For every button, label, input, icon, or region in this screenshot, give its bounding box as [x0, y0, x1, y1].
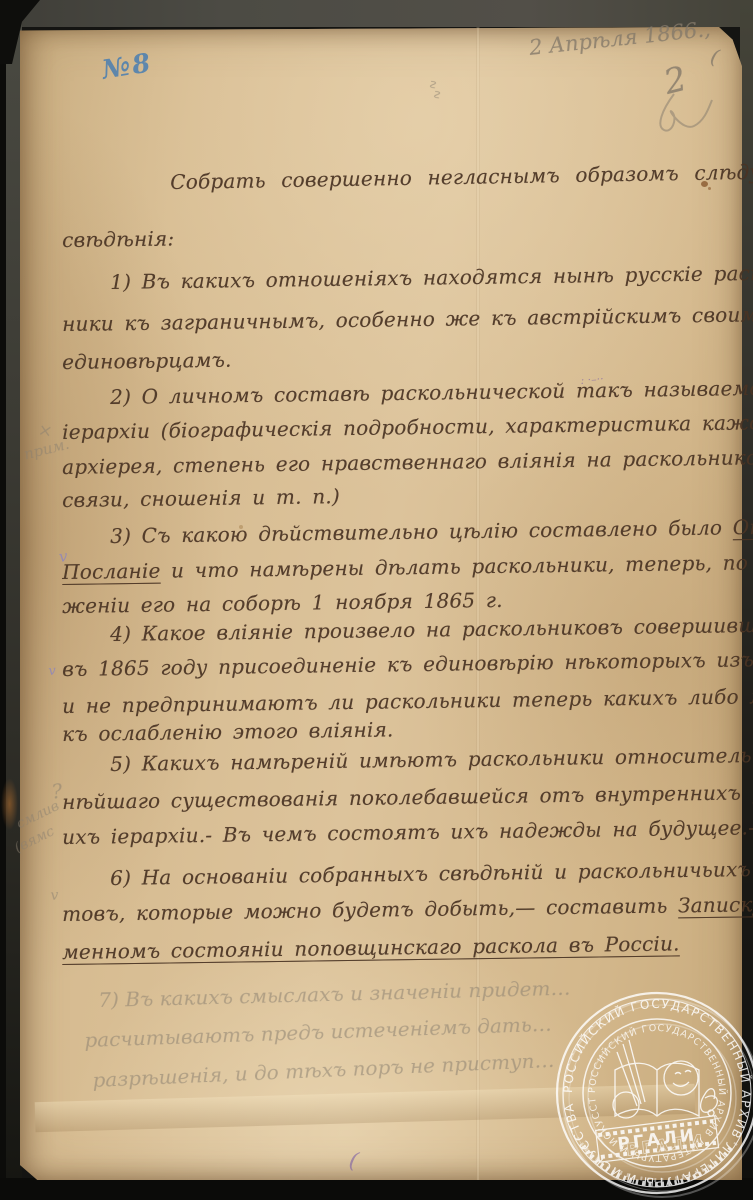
manuscript-text-segment: Записку о совре-	[678, 891, 753, 918]
margin-check-2: v	[48, 663, 56, 678]
binding-edge	[0, 0, 6, 1200]
manuscript-text-segment: v	[48, 663, 56, 678]
item-2-line-4: связи, сношенія и т. п.)	[62, 484, 340, 512]
ink-spot	[708, 187, 711, 190]
item-4-line-4: къ ослабленію этого вліянія.	[62, 717, 394, 746]
item-1-line-3: единовѣрцамъ.	[62, 348, 232, 374]
archive-watermark-seal: РОССИЙСКИЙ ГОСУДАРСТВЕННЫЙ АРХИВ ЛИТЕРАТ…	[553, 986, 753, 1200]
margin-check-1: v	[58, 547, 68, 566]
manuscript-text-segment: къ ослабленію этого вліянія.	[62, 717, 394, 746]
margin-check-3: v	[50, 887, 59, 904]
manuscript-text-segment: v	[50, 887, 59, 904]
heading-line-2: свѣдѣнія:	[62, 226, 174, 252]
manuscript-text-segment: связи, сношенія и т. п.)	[62, 484, 340, 512]
mat-top-band	[0, 0, 753, 27]
manuscript-text-segment: единовѣрцамъ.	[62, 348, 232, 374]
folio-flourish	[648, 92, 718, 138]
manuscript-text-segment: свѣдѣнія:	[62, 226, 174, 252]
archival-scan-page: { "document": { "type": "handwritten arc…	[0, 0, 753, 1200]
manuscript-text-segment: v	[58, 547, 68, 566]
manuscript-text-segment: Посланіе	[62, 559, 161, 584]
manuscript-text-segment: Окружное	[733, 514, 753, 540]
manuscript-text-segment: : ·–··	[580, 372, 604, 387]
violet-ink-smudge: : ·–··	[580, 372, 604, 387]
